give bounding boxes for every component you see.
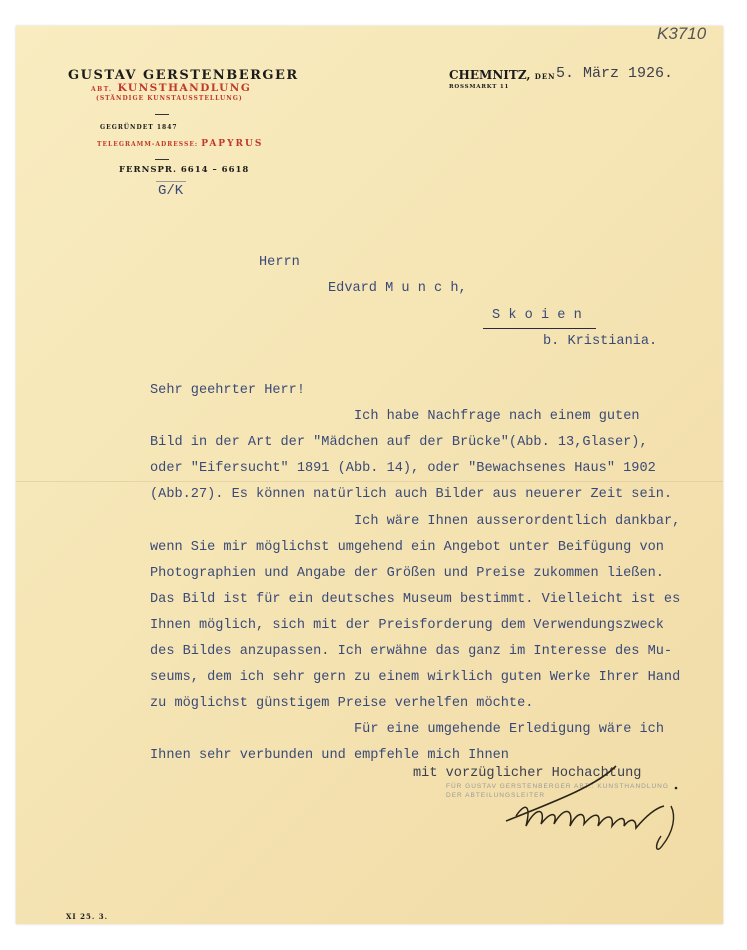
division: ABT. KUNSTHANDLUNG — [91, 82, 251, 94]
greeting: Sehr geehrter Herr! — [150, 383, 305, 398]
body-line: Ich wäre Ihnen ausserordentlich dankbar, — [354, 514, 680, 529]
street: ROSSMARKT 11 — [449, 84, 509, 90]
body-line: Für eine umgehende Erledigung wäre ich — [354, 722, 664, 737]
body-line: Ihnen möglich, sich mit der Preisforderu… — [150, 618, 664, 633]
divider — [155, 114, 169, 115]
body-line: Das Bild ist für ein deutsches Museum be… — [150, 592, 680, 607]
recipient-salutation: Herrn — [259, 255, 300, 270]
divider — [156, 181, 186, 182]
city: CHEMNITZ, DEN — [449, 68, 556, 82]
telegram-value: PAPYRUS — [201, 139, 263, 149]
city-name: CHEMNITZ, — [449, 68, 531, 82]
body-line: Bild in der Art der "Mädchen auf der Brü… — [150, 435, 648, 450]
divider — [155, 159, 169, 160]
division-name: KUNSTHANDLUNG — [118, 82, 252, 94]
telegram-address: TELEGRAMM-ADRESSE: PAPYRUS — [97, 139, 263, 149]
body-line: seums, dem ich sehr gern zu einem wirkli… — [150, 670, 680, 685]
telegram-label: TELEGRAMM-ADRESSE: — [97, 141, 198, 148]
company-name: GUSTAV GERSTENBERGER — [68, 68, 299, 83]
body-line: Ich habe Nachfrage nach einem guten — [354, 409, 640, 424]
body-line: zu möglichst günstigem Preise verhelfen … — [150, 696, 533, 711]
city-den: DEN — [535, 72, 556, 81]
reference-code: G/K — [158, 183, 183, 199]
footer-code: XI 25. 3. — [66, 912, 108, 921]
paper-fold — [16, 481, 723, 482]
body-line: des Bildes anzupassen. Ich erwähne das g… — [150, 644, 672, 659]
recipient-name: Edvard M u n c h, — [328, 281, 467, 296]
founded: GEGRÜNDET 1847 — [100, 124, 178, 131]
body-line: Photographien und Angabe der Größen und … — [150, 566, 664, 581]
signature — [486, 746, 706, 856]
archive-number: K3710 — [657, 24, 706, 44]
recipient-place2: b. Kristiania. — [543, 334, 657, 349]
recipient-place: S k o i e n — [492, 308, 582, 323]
phone: FERNSPR. 6614 – 6618 — [119, 165, 249, 175]
body-line: (Abb.27). Es können natürlich auch Bilde… — [150, 487, 672, 502]
body-line: Ihnen sehr verbunden und empfehle mich I… — [150, 748, 509, 763]
body-line: oder "Eifersucht" 1891 (Abb. 14), oder "… — [150, 461, 656, 476]
place-underline — [483, 328, 596, 329]
body-line: wenn Sie mir möglichst umgehend ein Ange… — [150, 540, 664, 555]
letter-date: 5. März 1926. — [556, 65, 673, 82]
letter-page: K3710 GUSTAV GERSTENBERGER ABT. KUNSTHAN… — [16, 26, 723, 924]
division-subtitle: (STÄNDIGE KUNSTAUSSTELLUNG) — [96, 95, 243, 102]
division-prefix: ABT. — [91, 86, 113, 93]
